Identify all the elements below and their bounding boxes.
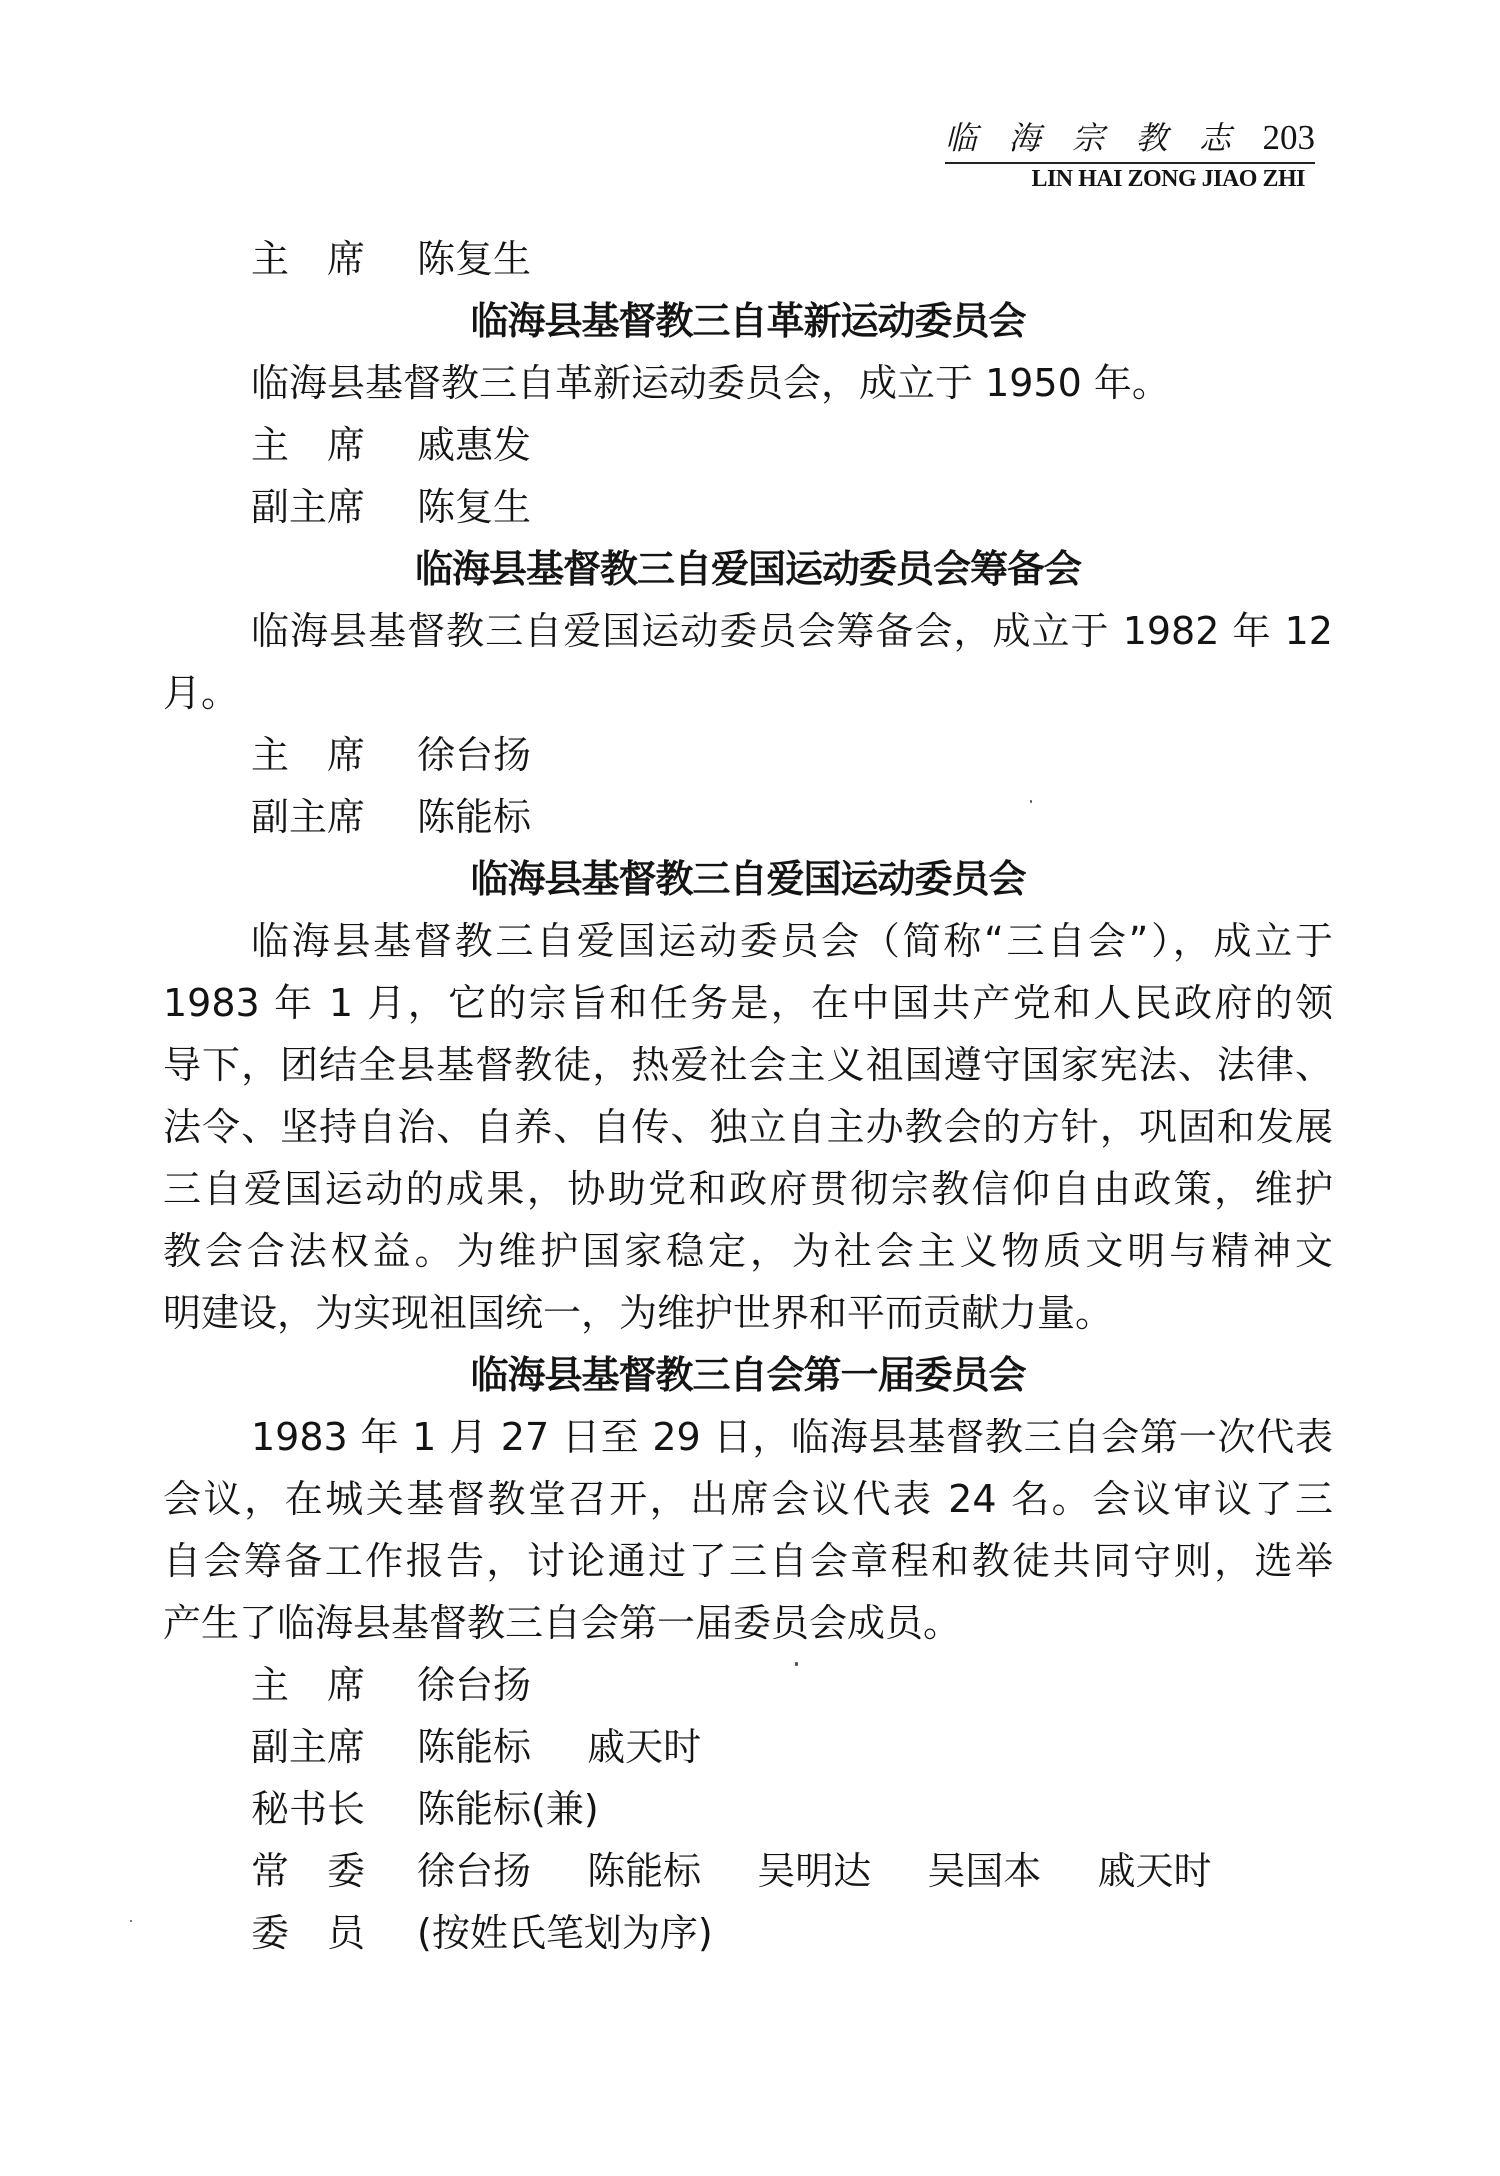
role-label: 秘书长 <box>251 1778 417 1840</box>
section-heading: 临海县基督教三自爱国运动委员会筹备会 <box>163 538 1333 600</box>
person-name: 陈复生 <box>417 476 531 538</box>
running-header: 临 海 宗 教 志 203 LIN HAI ZONG JIAO ZHI <box>905 118 1315 194</box>
role-line-standing-committee: 常 委 徐台扬 陈能标 吴明达 吴国本 戚天时 <box>163 1840 1333 1902</box>
role-line-secretary-general: 秘书长 陈能标(兼) <box>163 1778 1333 1840</box>
paragraph-line: 临海县基督教三自革新运动委员会，成立于 1950 年。 <box>163 352 1333 414</box>
header-char: 教 <box>1136 118 1168 158</box>
header-char: 海 <box>1009 118 1041 158</box>
person-name: 陈能标 <box>417 1716 531 1778</box>
role-line-vice-chairman: 副主席 陈复生 <box>163 476 1333 538</box>
paragraph-line: 自会筹备工作报告，讨论通过了三自会章程和教徒共同守则，选举 <box>163 1530 1333 1592</box>
role-names: 徐台扬 <box>417 724 575 786</box>
role-names: (按姓氏笔划为序) <box>417 1902 757 1964</box>
role-line-chairman: 主 席 戚惠发 <box>163 414 1333 476</box>
header-char: 宗 <box>1072 118 1104 158</box>
header-pinyin: LIN HAI ZONG JIAO ZHI <box>905 164 1315 194</box>
paragraph-line: 临海县基督教三自爱国运动委员会筹备会，成立于 1982 年 12 <box>163 600 1333 662</box>
role-names: 徐台扬 陈能标 吴明达 吴国本 戚天时 <box>417 1840 1255 1902</box>
role-names: 陈能标(兼) <box>417 1778 643 1840</box>
role-label: 常 委 <box>251 1840 417 1902</box>
person-name: 陈能标 <box>587 1840 701 1902</box>
person-name: 吴明达 <box>757 1840 871 1902</box>
member-order-note: (按姓氏笔划为序) <box>417 1902 713 1964</box>
role-line-chairman: 主 席 徐台扬 <box>163 724 1333 786</box>
running-header-title: 临 海 宗 教 志 203 <box>905 118 1315 158</box>
book-page: 临 海 宗 教 志 203 LIN HAI ZONG JIAO ZHI 主 席 … <box>0 0 1500 2176</box>
role-label: 主 席 <box>251 1654 417 1716</box>
scan-speck <box>795 1662 798 1666</box>
role-label: 主 席 <box>251 724 417 786</box>
paragraph-line: 教会合法权益。为维护国家稳定，为社会主义物质文明与精神文 <box>163 1220 1333 1282</box>
person-name: 陈能标(兼) <box>417 1778 599 1840</box>
paragraph-line: 三自爱国运动的成果，协助党和政府贯彻宗教信仰自由政策，维护 <box>163 1158 1333 1220</box>
section-heading: 临海县基督教三自爱国运动委员会 <box>163 848 1333 910</box>
paragraph-line: 月。 <box>163 662 1333 724</box>
role-line-vice-chairman: 副主席 陈能标 <box>163 786 1333 848</box>
paragraph-line: 产生了临海县基督教三自会第一届委员会成员。 <box>163 1592 1333 1654</box>
role-label: 副主席 <box>251 1716 417 1778</box>
role-line-committee-members: 委 员 (按姓氏笔划为序) <box>163 1902 1333 1964</box>
role-names: 陈复生 <box>417 228 575 290</box>
person-name: 吴国本 <box>927 1840 1041 1902</box>
paragraph-line: 1983 年 1 月，它的宗旨和任务是，在中国共产党和人民政府的领 <box>163 972 1333 1034</box>
role-names: 陈能标 <box>417 786 575 848</box>
role-names: 陈能标 戚天时 <box>417 1716 745 1778</box>
paragraph-line: 明建设，为实现祖国统一，为维护世界和平而贡献力量。 <box>163 1282 1333 1344</box>
paragraph-line: 法令、坚持自治、自养、自传、独立自主办教会的方针，巩固和发展 <box>163 1096 1333 1158</box>
paragraph-line: 临海县基督教三自爱国运动委员会（简称“三自会”），成立于 <box>163 910 1333 972</box>
person-name: 戚惠发 <box>417 414 531 476</box>
page-body: 主 席 陈复生 临海县基督教三自革新运动委员会 临海县基督教三自革新运动委员会，… <box>163 228 1333 1964</box>
role-line-chairman: 主 席 徐台扬 <box>163 1654 1333 1716</box>
role-line-chairman: 主 席 陈复生 <box>163 228 1333 290</box>
role-label: 副主席 <box>251 476 417 538</box>
scan-speck <box>130 1920 132 1922</box>
scan-speck <box>1030 800 1032 803</box>
person-name: 戚天时 <box>1097 1840 1211 1902</box>
person-name: 陈复生 <box>417 228 531 290</box>
role-names: 戚惠发 <box>417 414 575 476</box>
paragraph-line: 1983 年 1 月 27 日至 29 日，临海县基督教三自会第一次代表 <box>163 1406 1333 1468</box>
header-char: 临 <box>945 118 977 158</box>
paragraph-line: 导下，团结全县基督教徒，热爱社会主义祖国遵守国家宪法、法律、 <box>163 1034 1333 1096</box>
role-label: 主 席 <box>251 414 417 476</box>
person-name: 徐台扬 <box>417 724 531 786</box>
role-label: 委 员 <box>251 1902 417 1964</box>
person-name: 戚天时 <box>587 1716 701 1778</box>
header-char: 志 <box>1199 118 1231 158</box>
person-name: 徐台扬 <box>417 1840 531 1902</box>
role-label: 副主席 <box>251 786 417 848</box>
page-number: 203 <box>1263 118 1316 158</box>
role-line-vice-chairman: 副主席 陈能标 戚天时 <box>163 1716 1333 1778</box>
section-heading: 临海县基督教三自会第一届委员会 <box>163 1344 1333 1406</box>
role-names: 徐台扬 <box>417 1654 575 1716</box>
role-label: 主 席 <box>251 228 417 290</box>
person-name: 陈能标 <box>417 786 531 848</box>
role-names: 陈复生 <box>417 476 575 538</box>
person-name: 徐台扬 <box>417 1654 531 1716</box>
section-heading: 临海县基督教三自革新运动委员会 <box>163 290 1333 352</box>
paragraph-line: 会议，在城关基督教堂召开，出席会议代表 24 名。会议审议了三 <box>163 1468 1333 1530</box>
